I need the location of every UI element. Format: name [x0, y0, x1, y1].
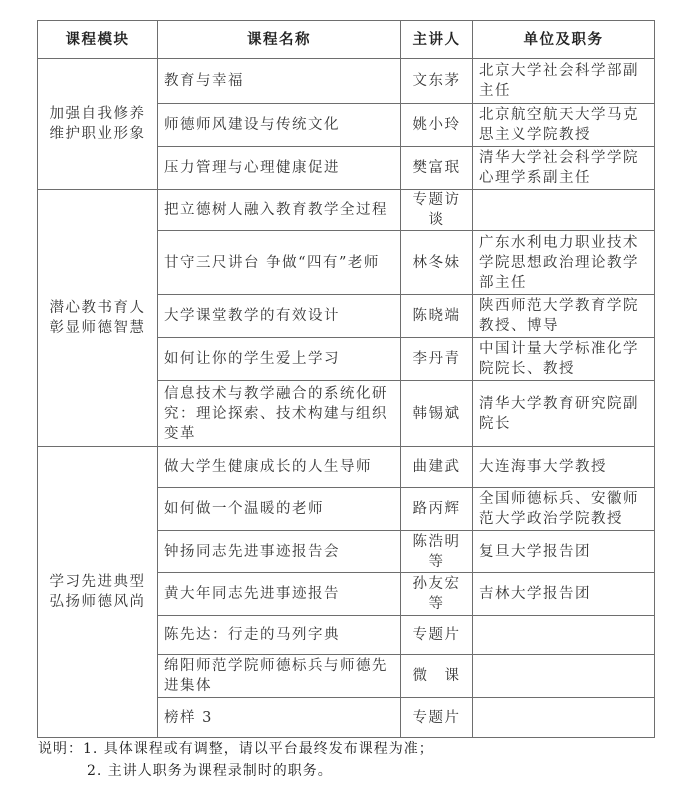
table-row: 潜心教书育人彰显师德智慧 把立德树人融入教育教学全过程 专题访谈	[38, 190, 655, 231]
speaker-cell: 微 课	[401, 655, 473, 698]
header-speaker: 主讲人	[401, 21, 473, 59]
table-row: 学习先进典型弘扬师德风尚 做大学生健康成长的人生导师 曲建武 大连海事大学教授	[38, 447, 655, 488]
unit-cell	[473, 698, 655, 738]
speaker-cell: 陈晓端	[401, 295, 473, 338]
speaker-cell: 曲建武	[401, 447, 473, 488]
unit-cell	[473, 655, 655, 698]
unit-cell: 大连海事大学教授	[473, 447, 655, 488]
speaker-cell: 林冬妹	[401, 231, 473, 295]
course-cell: 大学课堂教学的有效设计	[158, 295, 401, 338]
unit-cell: 北京航空航天大学马克思主义学院教授	[473, 104, 655, 147]
module-cell: 潜心教书育人彰显师德智慧	[38, 190, 158, 447]
speaker-cell: 专题片	[401, 698, 473, 738]
table-header-row: 课程模块 课程名称 主讲人 单位及职务	[38, 21, 655, 59]
unit-cell: 北京大学社会科学部副主任	[473, 59, 655, 104]
unit-cell	[473, 616, 655, 655]
speaker-cell: 韩锡斌	[401, 381, 473, 447]
note-line-2: 2. 主讲人职务为课程录制时的职务。	[38, 760, 434, 782]
speaker-cell: 李丹青	[401, 338, 473, 381]
module-cell: 学习先进典型弘扬师德风尚	[38, 447, 158, 738]
speaker-cell: 专题片	[401, 616, 473, 655]
table-row: 加强自我修养维护职业形象 教育与幸福 文东茅 北京大学社会科学部副主任	[38, 59, 655, 104]
unit-cell: 复旦大学报告团	[473, 531, 655, 573]
course-cell: 榜样 3	[158, 698, 401, 738]
speaker-cell: 姚小玲	[401, 104, 473, 147]
course-cell: 绵阳师范学院师德标兵与师德先进集体	[158, 655, 401, 698]
course-cell: 做大学生健康成长的人生导师	[158, 447, 401, 488]
speaker-cell: 樊富珉	[401, 147, 473, 190]
course-cell: 把立德树人融入教育教学全过程	[158, 190, 401, 231]
header-unit: 单位及职务	[473, 21, 655, 59]
unit-cell: 吉林大学报告团	[473, 573, 655, 616]
course-cell: 如何让你的学生爱上学习	[158, 338, 401, 381]
course-cell: 陈先达：行走的马列字典	[158, 616, 401, 655]
unit-cell: 全国师德标兵、安徽师范大学政治学院教授	[473, 488, 655, 531]
unit-cell: 广东水利电力职业技术学院思想政治理论教学部主任	[473, 231, 655, 295]
notes: 说明：1. 具体课程或有调整，请以平台最终发布课程为准； 2. 主讲人职务为课程…	[38, 738, 434, 782]
course-cell: 信息技术与教学融合的系统化研究：理论探索、技术构建与组织变革	[158, 381, 401, 447]
speaker-cell: 孙友宏等	[401, 573, 473, 616]
course-cell: 压力管理与心理健康促进	[158, 147, 401, 190]
speaker-cell: 文东茅	[401, 59, 473, 104]
speaker-cell: 路丙辉	[401, 488, 473, 531]
course-cell: 甘守三尺讲台 争做“四有”老师	[158, 231, 401, 295]
unit-cell: 清华大学社会科学学院心理学系副主任	[473, 147, 655, 190]
header-course: 课程名称	[158, 21, 401, 59]
course-cell: 教育与幸福	[158, 59, 401, 104]
course-cell: 如何做一个温暖的老师	[158, 488, 401, 531]
course-table: 课程模块 课程名称 主讲人 单位及职务 加强自我修养维护职业形象 教育与幸福 文…	[37, 20, 655, 738]
speaker-cell: 专题访谈	[401, 190, 473, 231]
course-cell: 黄大年同志先进事迹报告	[158, 573, 401, 616]
unit-cell: 中国计量大学标准化学院院长、教授	[473, 338, 655, 381]
module-cell: 加强自我修养维护职业形象	[38, 59, 158, 190]
course-cell: 师德师风建设与传统文化	[158, 104, 401, 147]
course-cell: 钟扬同志先进事迹报告会	[158, 531, 401, 573]
header-module: 课程模块	[38, 21, 158, 59]
unit-cell: 陕西师范大学教育学院教授、博导	[473, 295, 655, 338]
unit-cell: 清华大学教育研究院副院长	[473, 381, 655, 447]
unit-cell	[473, 190, 655, 231]
note-line-1: 说明：1. 具体课程或有调整，请以平台最终发布课程为准；	[38, 738, 434, 760]
speaker-cell: 陈浩明等	[401, 531, 473, 573]
